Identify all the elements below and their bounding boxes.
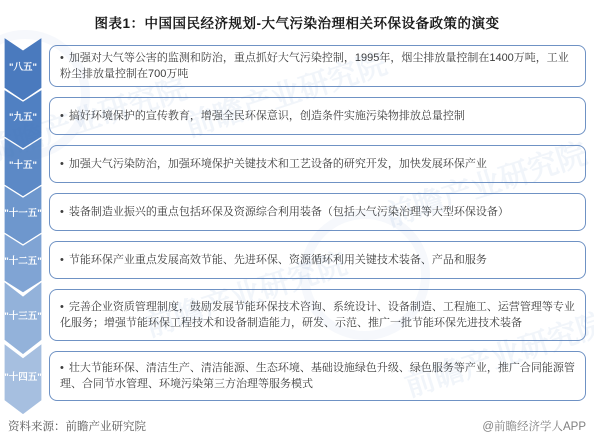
plan-chevron: "十四五" (4, 351, 42, 401)
timeline: "八五" •加强对大气等公害的监测和防治，重点抓好大气污染控制，1995年，烟尘… (4, 45, 586, 401)
plan-chevron: "十一五" (4, 193, 42, 231)
plan-row: "十五" •加强大气污染防治，加强环境保护关键技术和工艺设备的研究开发，加快发展… (4, 145, 586, 183)
plan-row: "十二五" •节能环保产业重点发展高效节能、先进环保、资源循环利用关键技术装备、… (4, 241, 586, 279)
footer-source: 资料来源：前瞻产业研究院 (8, 418, 146, 434)
plan-box: •壮大节能环保、清洁生产、清洁能源、生态环境、基础设施绿色升级、绿色服务等产业，… (49, 351, 586, 401)
infographic-page: 前瞻产业研究院 前瞻产业研究院 前瞻产业研究院 前瞻产业研究院 前瞻产业研究院 … (0, 0, 594, 444)
bullet-icon: • (60, 158, 64, 170)
plan-box: •完善企业资质管理制度，鼓励发展节能环保技术咨询、系统设计、设备制造、工程施工、… (49, 289, 586, 341)
plan-box: •节能环保产业重点发展高效节能、先进环保、资源循环利用关键技术装备、产品和服务 (49, 241, 586, 279)
plan-text: 加强大气污染防治，加强环境保护关键技术和工艺设备的研究开发，加快发展环保产业 (69, 158, 487, 170)
plan-label: "十二五" (4, 253, 42, 267)
plan-text: 加强对大气等公害的监测和防治，重点抓好大气污染控制，1995年，烟尘排放量控制在… (60, 52, 569, 81)
plan-row: "十四五" •壮大节能环保、清洁生产、清洁能源、生态环境、基础设施绿色升级、绿色… (4, 351, 586, 401)
plan-chevron: "九五" (4, 97, 42, 135)
plan-label: "十五" (9, 157, 37, 171)
plan-box: •装备制造业振兴的重点包括环保及资源综合利用装备（包括大气污染治理等大型环保设备… (49, 193, 586, 231)
plan-box: •加强大气污染防治，加强环境保护关键技术和工艺设备的研究开发，加快发展环保产业 (49, 145, 586, 183)
plan-chevron: "十五" (4, 145, 42, 183)
plan-label: "八五" (9, 59, 37, 73)
page-title: 图表1：中国国民经济规划-大气污染治理相关环保设备政策的演变 (0, 0, 594, 32)
plan-box: •加强对大气等公害的监测和防治，重点抓好大气污染控制，1995年，烟尘排放量控制… (49, 45, 586, 87)
bullet-icon: • (60, 110, 64, 122)
plan-label: "九五" (9, 109, 37, 123)
plan-chevron: "十二五" (4, 241, 42, 279)
plan-box: •搞好环境保护的宣传教育，增强全民环保意识，创造条件实施污染物排放总量控制 (49, 97, 586, 135)
plan-text: 装备制造业振兴的重点包括环保及资源综合利用装备（包括大气污染治理等大型环保设备） (69, 206, 509, 218)
plan-text: 完善企业资质管理制度，鼓励发展节能环保技术咨询、系统设计、设备制造、工程施工、运… (60, 301, 575, 330)
footer-credit: @前瞻经济学人APP (482, 418, 586, 434)
plan-row: "十三五" •完善企业资质管理制度，鼓励发展节能环保技术咨询、系统设计、设备制造… (4, 289, 586, 341)
plan-text: 搞好环境保护的宣传教育，增强全民环保意识，创造条件实施污染物排放总量控制 (69, 110, 465, 122)
plan-chevron: "八五" (4, 45, 42, 87)
plan-row: "十一五" •装备制造业振兴的重点包括环保及资源综合利用装备（包括大气污染治理等… (4, 193, 586, 231)
bullet-icon: • (60, 52, 64, 64)
plan-row: "九五" •搞好环境保护的宣传教育，增强全民环保意识，创造条件实施污染物排放总量… (4, 97, 586, 135)
footer: 资料来源：前瞻产业研究院 @前瞻经济学人APP (0, 418, 594, 434)
bullet-icon: • (60, 362, 64, 374)
bullet-icon: • (60, 206, 64, 218)
bullet-icon: • (60, 301, 64, 313)
plan-label: "十一五" (4, 205, 42, 219)
plan-text: 节能环保产业重点发展高效节能、先进环保、资源循环利用关键技术装备、产品和服务 (69, 254, 487, 266)
plan-label: "十三五" (4, 308, 42, 322)
plan-label: "十四五" (4, 369, 42, 383)
bullet-icon: • (60, 254, 64, 266)
plan-row: "八五" •加强对大气等公害的监测和防治，重点抓好大气污染控制，1995年，烟尘… (4, 45, 586, 87)
plan-chevron: "十三五" (4, 289, 42, 341)
plan-text: 壮大节能环保、清洁生产、清洁能源、生态环境、基础设施绿色升级、绿色服务等产业，推… (60, 362, 575, 391)
